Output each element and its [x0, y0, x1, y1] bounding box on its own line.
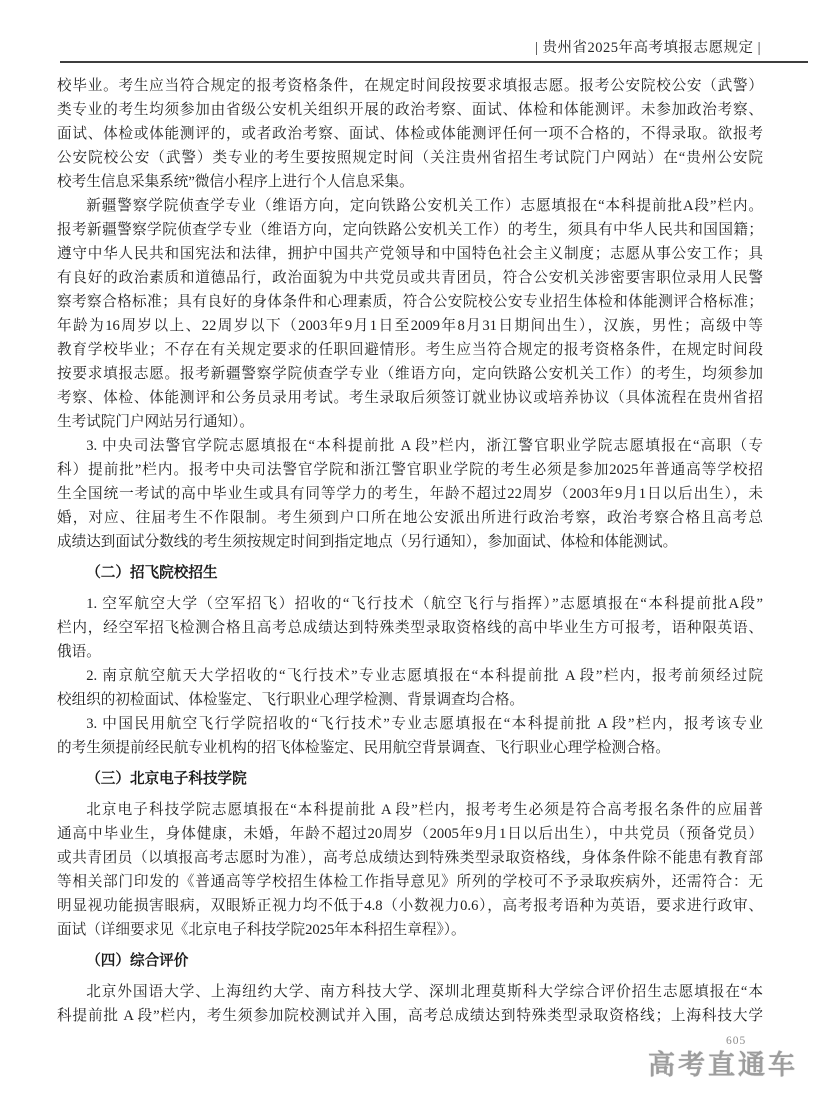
- text-line: 年龄为16周岁以上、22周岁以下（2003年9月1日至2009年8月31日期间出…: [57, 314, 763, 338]
- section-heading: （四）综合评价: [57, 949, 763, 973]
- text-line: 类专业的考生均须参加由省级公安机关组织开展的政治考察、面试、体检和体能测评。未参…: [57, 98, 763, 122]
- header-title: | 贵州省2025年高考填报志愿规定 |: [535, 40, 761, 56]
- text-line: 公安院校公安（武警）类专业的考生要按照规定时间（关注贵州省招生考试院门户网站）在…: [57, 146, 763, 170]
- text-line: 考察、体检、体能测评和公务员录用考试。考生录取后须签订就业协议或培养协议（具体流…: [57, 386, 763, 410]
- text-line: 生全国统一考试的高中毕业生或具有同等学力的考生，年龄不超过22周岁（2003年9…: [57, 482, 763, 506]
- text-line: 等相关部门印发的《普通高等学校招生体检工作指导意见》所列的学校可不予录取疾病外，…: [57, 870, 763, 894]
- text-line: 面试、体检或体能测评的，或者政治考察、面试、体检或体能测评任何一项不合格的，不得…: [57, 122, 763, 146]
- text-line: 婚，对应、往届考生不作限制。考生须到户口所在地公安派出所进行政治考察，政治考察合…: [57, 506, 763, 530]
- text-line: 有良好的政治素质和道德品行，政治面貌为中共党员或共青团员，符合公安机关涉密要害职…: [57, 266, 763, 290]
- page-header: | 贵州省2025年高考填报志愿规定 |: [57, 36, 761, 57]
- text-line: 校毕业。考生应当符合规定的报考资格条件，在规定时间段按要求填报志愿。报考公安院校…: [57, 74, 763, 98]
- text-line: 新疆警察学院侦查学专业（维语方向，定向铁路公安机关工作）志愿填报在“本科提前批A…: [57, 194, 763, 218]
- text-line: 校考生信息采集系统”微信小程序上进行个人信息采集。: [57, 170, 763, 194]
- text-line: 成绩达到面试分数线的考生须按规定时间到指定地点（另行通知），参加面试、体检和体能…: [57, 530, 763, 554]
- text-line: 俄语。: [57, 640, 763, 664]
- text-line: 察考察合格标准；具有良好的身体条件和心理素质，符合公安院校公安专业招生体检和体能…: [57, 290, 763, 314]
- text-line: 北京外国语大学、上海纽约大学、南方科技大学、深圳北理莫斯科大学综合评价招生志愿填…: [57, 980, 763, 1004]
- text-line: 生考试院门户网站另行通知）。: [57, 410, 763, 434]
- text-line: 按要求填报志愿。报考新疆警察学院侦查学专业（维语方向，定向铁路公安机关工作）的考…: [57, 362, 763, 386]
- text-line: 1. 空军航空大学（空军招飞）招收的“飞行技术（航空飞行与指挥）”志愿填报在“本…: [57, 592, 763, 616]
- document-page: { "header": { "title": "| 贵州省2025年高考填报志愿…: [0, 0, 816, 1100]
- text-line: 2. 南京航空航天大学招收的“飞行技术”专业志愿填报在“本科提前批 A 段”栏内…: [57, 664, 763, 688]
- text-line: 或共青团员（以填报高考志愿时为准），高考总成绩达到特殊类型录取资格线，身体条件除…: [57, 846, 763, 870]
- text-line: 3. 中国民用航空飞行学院招收的“飞行技术”专业志愿填报在“本科提前批 A 段”…: [57, 712, 763, 736]
- text-line: 遵守中华人民共和国宪法和法律，拥护中国共产党领导和中国特色社会主义制度；志愿从事…: [57, 242, 763, 266]
- content: 校毕业。考生应当符合规定的报考资格条件，在规定时间段按要求填报志愿。报考公安院校…: [57, 74, 763, 1028]
- text-line: 的考生须提前经民航专业机构的招飞体检鉴定、民用航空背景调查、飞行职业心理学检测合…: [57, 736, 763, 760]
- text-line: 科提前批 A 段”栏内，考生须参加院校测试并入围，高考总成绩达到特殊类型录取资格…: [57, 1004, 763, 1028]
- footer-watermark: 高考直通车: [648, 1043, 798, 1082]
- text-line: 教育学校毕业；不存在有关规定要求的任职回避情形。考生应当符合规定的报考资格条件，…: [57, 338, 763, 362]
- text-line: 通高中毕业生，身体健康，未婚，年龄不超过20周岁（2005年9月1日以后出生），…: [57, 822, 763, 846]
- text-line: 明显视功能损害眼病，双眼矫正视力均不低于4.8（小数视力0.6），高考报考语种为…: [57, 894, 763, 918]
- section-heading: （三）北京电子科技学院: [57, 767, 763, 791]
- header-rule-divider: [60, 61, 808, 63]
- text-line: 报考新疆警察学院侦查学专业（维语方向，定向铁路公安机关工作）的考生，须具有中华人…: [57, 218, 763, 242]
- text-line: 3. 中央司法警官学院志愿填报在“本科提前批 A 段”栏内，浙江警官职业学院志愿…: [57, 434, 763, 458]
- section-heading: （二）招飞院校招生: [57, 561, 763, 585]
- text-line: 面试（详细要求见《北京电子科技学院2025年本科招生章程》）。: [57, 918, 763, 942]
- text-line: 校组织的初检面试、体检鉴定、飞行职业心理学检测、背景调查均合格。: [57, 688, 763, 712]
- text-line: 栏内，经空军招飞检测合格且高考总成绩达到特殊类型录取资格线的高中毕业生方可报考，…: [57, 616, 763, 640]
- text-line: 北京电子科技学院志愿填报在“本科提前批 A 段”栏内，报考考生必须是符合高考报名…: [57, 798, 763, 822]
- text-line: 科）提前批”栏内。报考中央司法警官学院和浙江警官职业学院的考生必须是参加2025…: [57, 458, 763, 482]
